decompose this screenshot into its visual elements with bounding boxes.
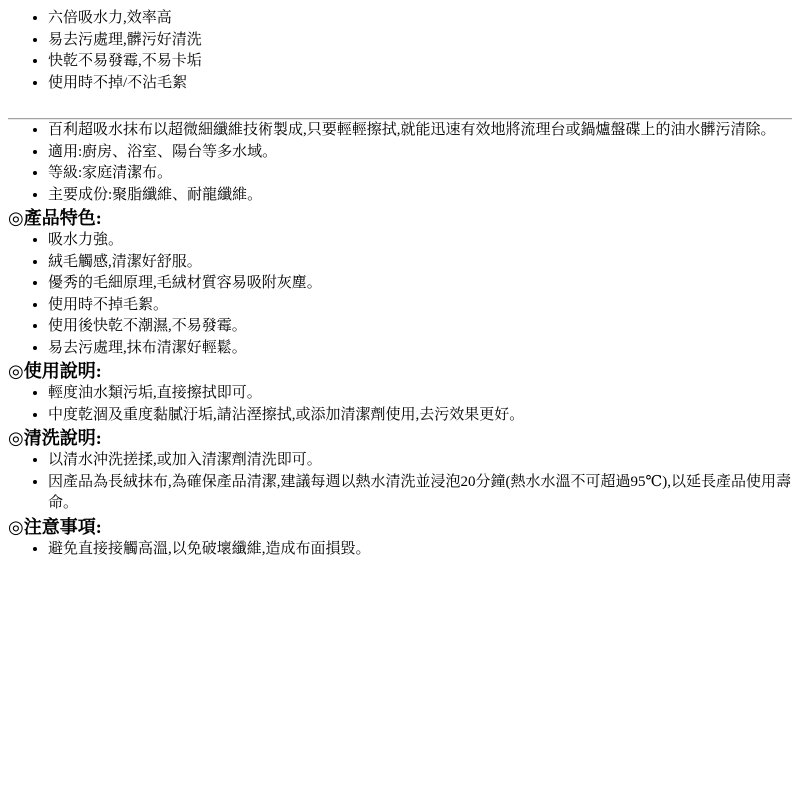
bullet-item: 易去污處理,抹布清潔好輕鬆。 <box>48 338 792 360</box>
bullet-item: 使用時不掉/不沾毛絮 <box>48 73 792 95</box>
bullet-item: 吸水力強。 <box>48 230 792 252</box>
bullet-item: 快乾不易發霉,不易卡垢 <box>48 51 792 73</box>
bullet-item: 輕度油水類污垢,直接擦拭即可。 <box>48 383 792 405</box>
bullet-item: 使用時不掉毛絮。 <box>48 295 792 317</box>
bullet-item: 百利超吸水抹布以超微細纖維技術製成,只要輕輕擦拭,就能迅速有效地將流理台或鍋爐盤… <box>48 120 792 142</box>
bullet-item: 主要成份:聚脂纖維、耐龍纖維。 <box>48 185 792 207</box>
bullet-item: 使用後快乾不潮濕,不易發霉。 <box>48 316 792 338</box>
bullet-item: 等級:家庭清潔布。 <box>48 163 792 185</box>
features-list: 吸水力強。 絨毛觸感,清潔好舒服。 優秀的毛細原理,毛絨材質容易吸附灰塵。 使用… <box>8 230 792 359</box>
notice-heading: ◎注意事項: <box>8 515 792 539</box>
washing-list: 以清水沖洗搓揉,或加入清潔劑清洗即可。 因產品為長絨抹布,為確保產品清潔,建議每… <box>8 450 792 515</box>
bullet-item: 中度乾涸及重度黏膩汙垢,請沾溼擦拭,或添加清潔劑使用,去污效果更好。 <box>48 405 792 427</box>
bullet-item: 適用:廚房、浴室、陽台等多水域。 <box>48 142 792 164</box>
bullet-item: 易去污處理,髒污好清洗 <box>48 30 792 52</box>
washing-heading: ◎清洗說明: <box>8 426 792 450</box>
notice-list: 避免直接接觸高溫,以免破壞纖維,造成布面損毀。 <box>8 539 792 561</box>
product-description-page: 六倍吸水力,效率高 易去污處理,髒污好清洗 快乾不易發霉,不易卡垢 使用時不掉/… <box>0 0 800 785</box>
bullet-item: 因產品為長絨抹布,為確保產品清潔,建議每週以熱水清洗並浸泡20分鐘(熱水水溫不可… <box>48 472 792 515</box>
bullet-item: 以清水沖洗搓揉,或加入清潔劑清洗即可。 <box>48 450 792 472</box>
usage-heading: ◎使用說明: <box>8 359 792 383</box>
bullet-item: 優秀的毛細原理,毛絨材質容易吸附灰塵。 <box>48 273 792 295</box>
bullet-item: 絨毛觸感,清潔好舒服。 <box>48 252 792 274</box>
features-heading: ◎產品特色: <box>8 206 792 230</box>
usage-list: 輕度油水類污垢,直接擦拭即可。 中度乾涸及重度黏膩汙垢,請沾溼擦拭,或添加清潔劑… <box>8 383 792 426</box>
bullet-item: 六倍吸水力,效率高 <box>48 8 792 30</box>
description-list: 百利超吸水抹布以超微細纖維技術製成,只要輕輕擦拭,就能迅速有效地將流理台或鍋爐盤… <box>8 120 792 206</box>
highlights-list: 六倍吸水力,效率高 易去污處理,髒污好清洗 快乾不易發霉,不易卡垢 使用時不掉/… <box>8 8 792 94</box>
bullet-item: 避免直接接觸高溫,以免破壞纖維,造成布面損毀。 <box>48 539 792 561</box>
